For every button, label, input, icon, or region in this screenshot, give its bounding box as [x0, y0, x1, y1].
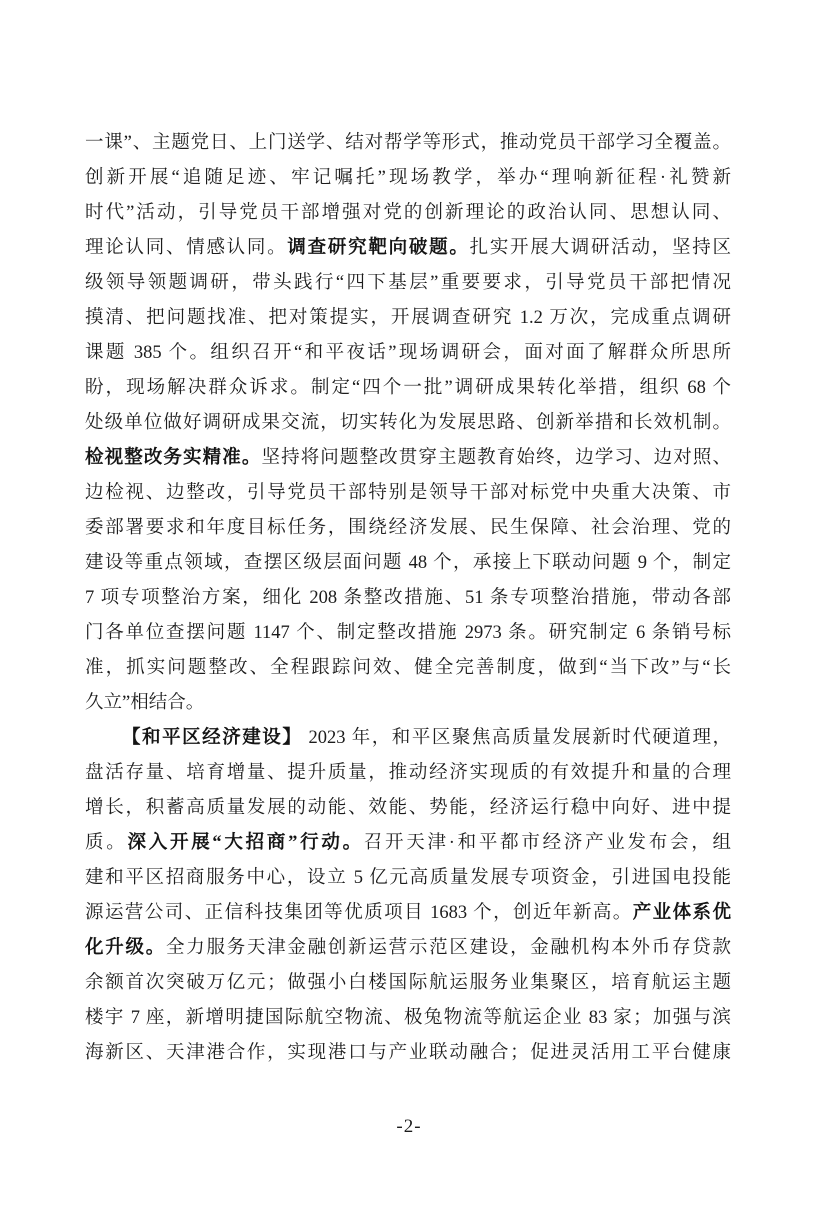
text-line: 摸清、把问题找准、把对策提实，开展调查研究 1.2 万次，完成重点调研 [85, 301, 731, 336]
text-line: 质。深入开展“大招商”行动。召开天津·和平都市经济产业发布会，组 [85, 826, 731, 861]
text-line: 化升级。全力服务天津金融创新运营示范区建设，金融机构本外币存贷款 [85, 931, 731, 966]
text-line: 一课”、主题党日、上门送学、结对帮学等形式，推动党员干部学习全覆盖。 [85, 126, 731, 161]
text-segment: 楼宇 7 座，新增明捷国际航空物流、极兔物流等航运企业 83 家；加强与滨 [85, 1008, 731, 1028]
text-line: 源运营公司、正信科技集团等优质项目 1683 个，创近年新高。产业体系优 [85, 896, 731, 931]
text-line: 创新开展“追随足迹、牢记嘱托”现场教学，举办“理响新征程·礼赞新 [85, 161, 731, 196]
text-line: 盘活存量、培育增量、提升质量，推动经济实现质的有效提升和量的合理 [85, 756, 731, 791]
text-segment: 全力服务天津金融创新运营示范区建设，金融机构本外币存贷款 [166, 938, 731, 958]
text-line: 增长，积蓄高质量发展的动能、效能、势能，经济运行稳中向好、进中提 [85, 791, 731, 826]
text-line: 门各单位查摆问题 1147 个、制定整改措施 2973 条。研究制定 6 条销号… [85, 616, 731, 651]
text-segment: 级领导领题调研，带头践行“四下基层”重要要求，引导党员干部把情况 [85, 273, 731, 293]
text-line: 边检视、边整改，引导党员干部特别是领导干部对标党中央重大决策、市 [85, 476, 731, 511]
bold-text-segment: 【和平区经济建设】 [122, 728, 302, 748]
text-segment: 扎实开展大调研活动，坚持区 [470, 238, 731, 258]
text-line: 委部署要求和年度目标任务，围绕经济发展、民生保障、社会治理、党的 [85, 511, 731, 546]
bold-text-segment: 检视整改务实精准。 [85, 448, 261, 468]
text-segment: 准，抓实问题整改、全程跟踪问效、健全完善制度，做到“当下改”与“长 [85, 658, 731, 678]
text-segment: 7 项专项整治方案，细化 208 条整改措施、51 条专项整治措施，带动各部 [85, 588, 731, 608]
text-segment: 理论认同、情感认同。 [85, 238, 287, 258]
text-line: 【和平区经济建设】 2023 年，和平区聚焦高质量发展新时代硬道理， [85, 721, 731, 756]
text-segment: 处级单位做好调研成果交流，切实转化为发展思路、创新举措和长效机制。 [85, 413, 731, 433]
text-line: 准，抓实问题整改、全程跟踪问效、健全完善制度，做到“当下改”与“长 [85, 651, 731, 686]
text-line: 久立”相结合。 [85, 686, 731, 721]
text-segment: 盼，现场解决群众诉求。制定“四个一批”调研成果转化举措，组织 68 个 [85, 378, 731, 398]
document-page: 一课”、主题党日、上门送学、结对帮学等形式，推动党员干部学习全覆盖。创新开展“追… [0, 0, 818, 1228]
text-line: 楼宇 7 座，新增明捷国际航空物流、极兔物流等航运企业 83 家；加强与滨 [85, 1001, 731, 1036]
text-line: 检视整改务实精准。坚持将问题整改贯穿主题教育始终，边学习、边对照、 [85, 441, 731, 476]
text-segment: 时代”活动，引导党员干部增强对党的创新理论的政治认同、思想认同、 [85, 203, 731, 223]
text-segment: 久立”相结合。 [85, 693, 204, 713]
body-text-block: 一课”、主题党日、上门送学、结对帮学等形式，推动党员干部学习全覆盖。创新开展“追… [85, 126, 731, 1071]
text-line: 余额首次突破万亿元；做强小白楼国际航运服务业集聚区，培育航运主题 [85, 966, 731, 1001]
text-segment: 增长，积蓄高质量发展的动能、效能、势能，经济运行稳中向好、进中提 [85, 798, 731, 818]
text-line: 理论认同、情感认同。调查研究靶向破题。扎实开展大调研活动，坚持区 [85, 231, 731, 266]
text-line: 时代”活动，引导党员干部增强对党的创新理论的政治认同、思想认同、 [85, 196, 731, 231]
text-line: 7 项专项整治方案，细化 208 条整改措施、51 条专项整治措施，带动各部 [85, 581, 731, 616]
text-line: 处级单位做好调研成果交流，切实转化为发展思路、创新举措和长效机制。 [85, 406, 731, 441]
text-line: 课题 385 个。组织召开“和平夜话”现场调研会，面对面了解群众所思所 [85, 336, 731, 371]
text-segment: 委部署要求和年度目标任务，围绕经济发展、民生保障、社会治理、党的 [85, 518, 731, 538]
text-line: 建和平区招商服务中心，设立 5 亿元高质量发展专项资金，引进国电投能 [85, 861, 731, 896]
bold-text-segment: 深入开展“大招商”行动。 [127, 833, 363, 853]
text-segment: 创新开展“追随足迹、牢记嘱托”现场教学，举办“理响新征程·礼赞新 [85, 168, 731, 188]
text-segment: 建和平区招商服务中心，设立 5 亿元高质量发展专项资金，引进国电投能 [85, 868, 731, 888]
text-segment: 建设等重点领域，查摆区级层面问题 48 个，承接上下联动问题 9 个，制定 [85, 553, 731, 573]
page-number: -2- [0, 1114, 818, 1140]
text-segment: 课题 385 个。组织召开“和平夜话”现场调研会，面对面了解群众所思所 [85, 343, 731, 363]
text-segment: 质。 [85, 833, 127, 853]
bold-text-segment: 调查研究靶向破题。 [287, 238, 469, 258]
text-segment: 余额首次突破万亿元；做强小白楼国际航运服务业集聚区，培育航运主题 [85, 973, 731, 993]
text-segment: 坚持将问题整改贯穿主题教育始终，边学习、边对照、 [261, 448, 731, 468]
text-segment: 2023 年，和平区聚焦高质量发展新时代硬道理， [302, 728, 731, 748]
text-segment: 盘活存量、培育增量、提升质量，推动经济实现质的有效提升和量的合理 [85, 763, 731, 783]
text-segment: 源运营公司、正信科技集团等优质项目 1683 个，创近年新高。 [85, 903, 633, 923]
text-segment: 门各单位查摆问题 1147 个、制定整改措施 2973 条。研究制定 6 条销号… [85, 623, 731, 643]
text-line: 建设等重点领域，查摆区级层面问题 48 个，承接上下联动问题 9 个，制定 [85, 546, 731, 581]
text-segment: 摸清、把问题找准、把对策提实，开展调查研究 1.2 万次，完成重点调研 [85, 308, 731, 328]
text-line: 盼，现场解决群众诉求。制定“四个一批”调研成果转化举措，组织 68 个 [85, 371, 731, 406]
text-segment: 边检视、边整改，引导党员干部特别是领导干部对标党中央重大决策、市 [85, 483, 731, 503]
text-segment: 一课”、主题党日、上门送学、结对帮学等形式，推动党员干部学习全覆盖。 [85, 133, 731, 153]
bold-text-segment: 产业体系优 [633, 903, 731, 923]
text-line: 级领导领题调研，带头践行“四下基层”重要要求，引导党员干部把情况 [85, 266, 731, 301]
text-segment: 海新区、天津港合作，实现港口与产业联动融合；促进灵活用工平台健康 [85, 1043, 731, 1063]
text-segment: 召开天津·和平都市经济产业发布会，组 [364, 833, 731, 853]
text-line: 海新区、天津港合作，实现港口与产业联动融合；促进灵活用工平台健康 [85, 1036, 731, 1071]
bold-text-segment: 化升级。 [85, 938, 166, 958]
